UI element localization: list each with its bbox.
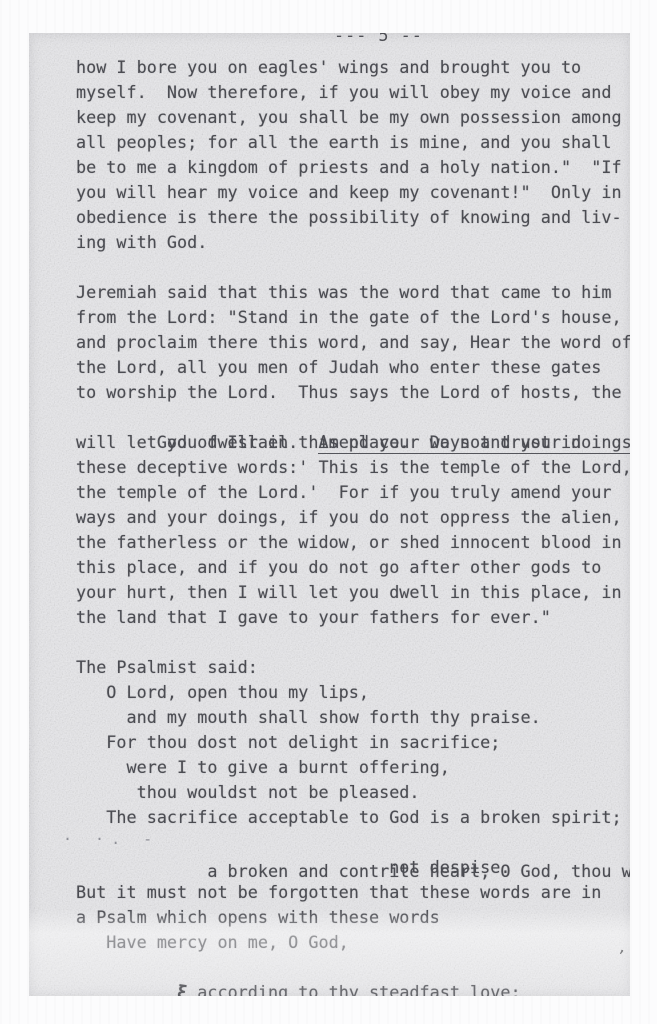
text-line: how I bore you on eagles' wings and brou… (76, 55, 624, 80)
text-line: For thou dost not delight in sacrifice; (76, 730, 624, 755)
text-line: ing with God. (76, 230, 624, 255)
text-line: were I to give a burnt offering, (76, 755, 624, 780)
text-line: these deceptive words:' This is the temp… (76, 455, 624, 480)
text-line: ways and your doings, if you do not oppr… (76, 505, 624, 530)
steadfast-indent (157, 982, 177, 996)
text-line: obedience is there the possibility of kn… (76, 205, 624, 230)
paragraph-gap (76, 255, 624, 280)
text-line: to worship the Lord. Thus says the Lord … (76, 380, 624, 405)
text-line: this place, and if you do not go after o… (76, 555, 624, 580)
paragraph-gap (76, 630, 624, 655)
steadfast-text: according to thy steadfast love; (187, 982, 520, 996)
text-line: will let you dwell in this place. Do not… (76, 430, 624, 455)
paragraph-jeremiah: Jeremiah said that this was the word tha… (76, 280, 624, 630)
text-line: and my mouth shall show forth thy praise… (76, 705, 624, 730)
text-line: O Lord, open thou my lips, (76, 680, 624, 705)
text-line: Jeremiah said that this was the word tha… (76, 280, 624, 305)
scan-background: { "page": { "number_marks": "--- 5 --", … (0, 0, 657, 1024)
text-line: thou wouldst not be pleased. (76, 780, 624, 805)
paragraph-psalmist: The Psalmist said: O Lord, open thou my … (76, 655, 624, 980)
text-line: myself. Now therefore, if you will obey … (76, 80, 624, 105)
paragraph-exodus: how I bore you on eagles' wings and brou… (76, 55, 624, 255)
document-page: --- 5 -- how I bore you on eagles' wings… (29, 33, 630, 996)
page-number: --- 5 -- (334, 33, 423, 48)
text-line: The Psalmist said: (76, 655, 624, 680)
text-line: the temple of the Lord.' For if you trul… (76, 480, 624, 505)
text-line-steadfast: ξ according to thy steadfast love; (76, 955, 624, 980)
text-line: the fatherless or the widow, or shed inn… (76, 530, 624, 555)
text-line: your hurt, then I will let you dwell in … (76, 580, 624, 605)
text-line: you will hear my voice and keep my coven… (76, 180, 624, 205)
text-line: keep my covenant, you shall be my own po… (76, 105, 624, 130)
text-line-underlined: God of Israel. Amend your ways and your … (76, 405, 624, 430)
text-line: and proclaim there this word, and say, H… (76, 330, 624, 355)
text-line-contrite: · ·. - a broken and contrite heart, O Go… (76, 830, 624, 855)
text-line: the Lord, all you men of Judah who enter… (76, 355, 624, 380)
text-line: Have mercy on me, O God, (76, 930, 624, 955)
typewritten-text: how I bore you on eagles' wings and brou… (76, 55, 624, 980)
text-line: from the Lord: "Stand in the gate of the… (76, 305, 624, 330)
pencil-stray-marks-left: · ·. - (63, 827, 159, 852)
text-line: But it must not be forgotten that these … (76, 880, 624, 905)
text-line: all peoples; for all the earth is mine, … (76, 130, 624, 155)
text-line: the land that I gave to your fathers for… (76, 605, 624, 630)
handwritten-squiggle-mark: ξ (175, 978, 189, 996)
text-line: a Psalm which opens with these words (76, 905, 624, 930)
text-line: be to me a kingdom of priests and a holy… (76, 155, 624, 180)
text-line: not despise. (76, 855, 624, 880)
